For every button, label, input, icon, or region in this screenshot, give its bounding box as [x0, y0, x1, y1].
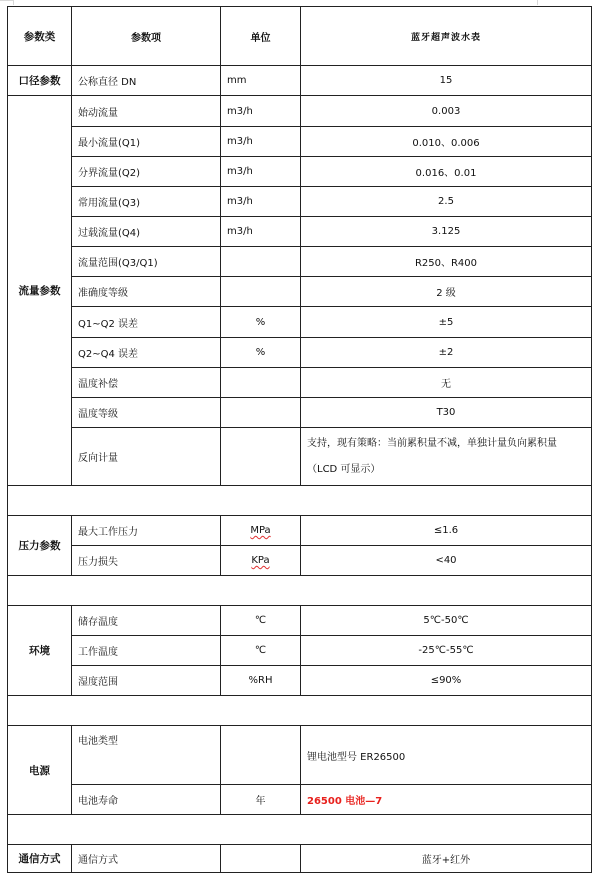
table-row: 温度补偿 无	[8, 368, 592, 398]
table-row: 反向计量 支持，现有策略：当前累积量不减，单独计量负向累积量 （LCD 可显示）	[8, 428, 592, 486]
value-cell: ±5	[301, 307, 592, 338]
unit-cell: ℃	[221, 636, 301, 666]
unit-cell	[221, 398, 301, 428]
item-cell: 最小流量(Q1)	[72, 127, 221, 157]
category-pressure: 压力参数	[8, 516, 72, 576]
item-cell: 温度补偿	[72, 368, 221, 398]
page-corner-mark-mid	[537, 0, 538, 5]
unit-cell: m3/h	[221, 157, 301, 187]
unit-cell	[221, 428, 301, 486]
value-cell: 无	[301, 368, 592, 398]
value-cell: 蓝牙+红外	[301, 845, 592, 873]
spacer-row	[8, 815, 592, 845]
table-row: Q2~Q4 误差 % ±2	[8, 338, 592, 368]
unit-cell: MPa	[221, 516, 301, 546]
unit-cell	[221, 277, 301, 307]
value-cell: T30	[301, 398, 592, 428]
table-row: 最小流量(Q1) m3/h 0.010、0.006	[8, 127, 592, 157]
unit-cell: m3/h	[221, 127, 301, 157]
item-cell: 储存温度	[72, 606, 221, 636]
unit-cell	[221, 845, 301, 873]
unit-cell: %	[221, 338, 301, 368]
item-cell: 过载流量(Q4)	[72, 217, 221, 247]
value-cell: 0.010、0.006	[301, 127, 592, 157]
table-row: 电源 电池类型 锂电池型号 ER26500	[8, 726, 592, 785]
table-row: 通信方式 通信方式 蓝牙+红外	[8, 845, 592, 873]
spacer-row	[8, 696, 592, 726]
item-cell: 温度等级	[72, 398, 221, 428]
page-corner-mark-left	[0, 0, 13, 1]
value-line-1: 支持，现有策略：当前累积量不减，单独计量负向累积量	[307, 431, 585, 457]
value-cell: 2 级	[301, 277, 592, 307]
value-cell: 2.5	[301, 187, 592, 217]
category-communication: 通信方式	[8, 845, 72, 873]
spacer-row	[8, 576, 592, 606]
item-cell: 公称直径 DN	[72, 66, 221, 96]
table-row: 流量范围(Q3/Q1) R250、R400	[8, 247, 592, 277]
item-cell: Q1~Q2 误差	[72, 307, 221, 338]
unit-cell	[221, 368, 301, 398]
category-environment: 环境	[8, 606, 72, 696]
unit-cell: m3/h	[221, 217, 301, 247]
header-product: 蓝牙超声波水表	[301, 7, 592, 66]
item-cell: 电池寿命	[72, 785, 221, 815]
category-power: 电源	[8, 726, 72, 815]
value-cell: 3.125	[301, 217, 592, 247]
header-item: 参数项	[72, 7, 221, 66]
item-cell: 准确度等级	[72, 277, 221, 307]
unit-cell	[221, 247, 301, 277]
item-cell: 工作温度	[72, 636, 221, 666]
header-category: 参数类	[8, 7, 72, 66]
item-cell: 常用流量(Q3)	[72, 187, 221, 217]
unit-cell: m3/h	[221, 96, 301, 127]
value-cell: ±2	[301, 338, 592, 368]
table-row: 湿度范围 %RH ≤90%	[8, 666, 592, 696]
header-row: 参数类 参数项 单位 蓝牙超声波水表	[8, 7, 592, 66]
spec-table: 参数类 参数项 单位 蓝牙超声波水表 口径参数 公称直径 DN mm 15 流量…	[7, 6, 592, 873]
category-flow: 流量参数	[8, 96, 72, 486]
value-line-2: （LCD 可显示）	[307, 457, 585, 483]
header-unit: 单位	[221, 7, 301, 66]
table-row: 电池寿命 年 26500 电池—7	[8, 785, 592, 815]
table-row: 准确度等级 2 级	[8, 277, 592, 307]
table-row: 常用流量(Q3) m3/h 2.5	[8, 187, 592, 217]
unit-text: MPa	[250, 525, 270, 536]
value-cell: 15	[301, 66, 592, 96]
item-cell: 通信方式	[72, 845, 221, 873]
unit-cell: KPa	[221, 546, 301, 576]
item-cell: Q2~Q4 误差	[72, 338, 221, 368]
value-cell: 支持，现有策略：当前累积量不减，单独计量负向累积量 （LCD 可显示）	[301, 428, 592, 486]
value-cell: ≤90%	[301, 666, 592, 696]
item-cell: 始动流量	[72, 96, 221, 127]
category-caliber: 口径参数	[8, 66, 72, 96]
value-cell: 0.016、0.01	[301, 157, 592, 187]
value-cell: 0.003	[301, 96, 592, 127]
item-cell: 湿度范围	[72, 666, 221, 696]
unit-cell: mm	[221, 66, 301, 96]
value-cell: 26500 电池—7	[301, 785, 592, 815]
table-row: 口径参数 公称直径 DN mm 15	[8, 66, 592, 96]
item-cell: 反向计量	[72, 428, 221, 486]
table-row: 环境 储存温度 ℃ 5℃-50℃	[8, 606, 592, 636]
table-row: 分界流量(Q2) m3/h 0.016、0.01	[8, 157, 592, 187]
value-cell: 5℃-50℃	[301, 606, 592, 636]
value-cell: -25℃-55℃	[301, 636, 592, 666]
value-cell: <40	[301, 546, 592, 576]
unit-cell: ℃	[221, 606, 301, 636]
page-corner-mark-left-v	[13, 0, 14, 5]
unit-cell: 年	[221, 785, 301, 815]
table-row: Q1~Q2 误差 % ±5	[8, 307, 592, 338]
table-row: 流量参数 始动流量 m3/h 0.003	[8, 96, 592, 127]
unit-cell: %RH	[221, 666, 301, 696]
value-cell: R250、R400	[301, 247, 592, 277]
spacer-row	[8, 486, 592, 516]
table-row: 压力参数 最大工作压力 MPa ≤1.6	[8, 516, 592, 546]
unit-cell	[221, 726, 301, 785]
table-row: 工作温度 ℃ -25℃-55℃	[8, 636, 592, 666]
item-cell: 压力损失	[72, 546, 221, 576]
item-cell: 流量范围(Q3/Q1)	[72, 247, 221, 277]
table-row: 温度等级 T30	[8, 398, 592, 428]
unit-cell: %	[221, 307, 301, 338]
value-cell: ≤1.6	[301, 516, 592, 546]
item-cell: 电池类型	[72, 726, 221, 785]
unit-cell: m3/h	[221, 187, 301, 217]
unit-text: KPa	[251, 555, 269, 566]
table-row: 压力损失 KPa <40	[8, 546, 592, 576]
item-cell: 最大工作压力	[72, 516, 221, 546]
table-row: 过载流量(Q4) m3/h 3.125	[8, 217, 592, 247]
value-cell: 锂电池型号 ER26500	[301, 726, 592, 785]
item-cell: 分界流量(Q2)	[72, 157, 221, 187]
